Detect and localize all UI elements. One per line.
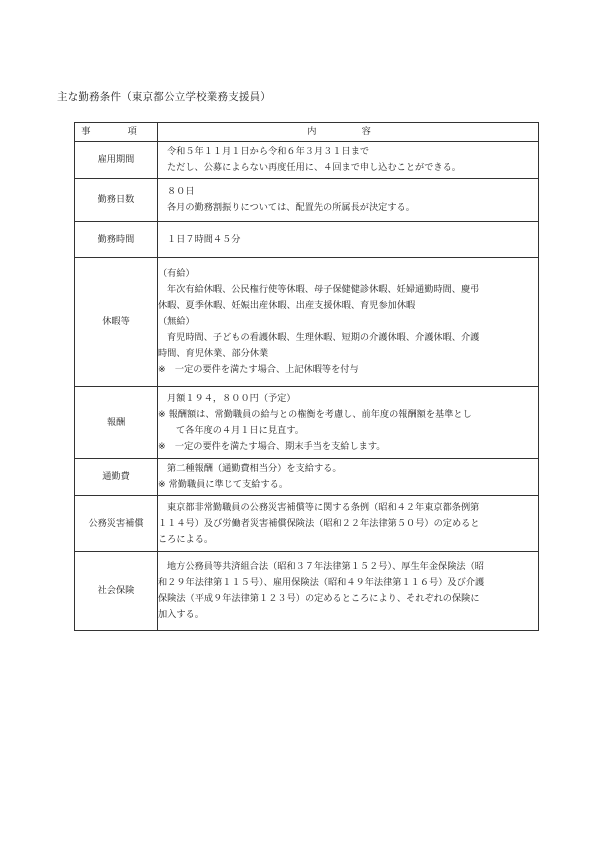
content-line: ※ 常勤職員に準じて支給する。 — [158, 477, 538, 493]
content-line: 月額１９４，８００円（予定） — [158, 391, 538, 407]
row-label: 公務災害補償 — [75, 496, 158, 552]
row-label: 社会保険 — [75, 552, 158, 631]
row-label: 報酬 — [75, 387, 158, 459]
content-line: ※ 一定の要件を満たす場合、期末手当を支給します。 — [158, 439, 538, 455]
table-row-accident-compensation: 公務災害補償 東京都非常勤職員の公務災害補償等に関する条例（昭和４２年東京都条例… — [75, 496, 539, 552]
table-row-employment-period: 雇用期間 令和５年１１月１日から令和６年３月３１日まで ただし、公募によらない再… — [75, 142, 539, 179]
table-row-leave: 休暇等 （有給） 年次有給休暇、公民権行使等休暇、母子保健健診休暇、妊婦通勤時間… — [75, 258, 539, 387]
row-content: 第二種報酬（通勤費相当分）を支給する。 ※ 常勤職員に準じて支給する。 — [158, 459, 539, 496]
row-content: 月額１９４，８００円（予定） ※ 報酬額は、常勤職員の給与との権衡を考慮し、前年… — [158, 387, 539, 459]
content-line: 令和５年１１月１日から令和６年３月３１日まで — [158, 144, 538, 160]
row-content: 東京都非常勤職員の公務災害補償等に関する条例（昭和４２年東京都条例第 １１４号）… — [158, 496, 539, 552]
header-content: 内 容 — [158, 123, 539, 142]
table-row-working-hours: 勤務時間 １日７時間４５分 — [75, 222, 539, 258]
content-line: 加入する。 — [158, 607, 538, 623]
table-header-row: 事 項 内 容 — [75, 123, 539, 142]
table-row-social-insurance: 社会保険 地方公務員等共済組合法（昭和３７年法律第１５２号）、厚生年金保険法（昭… — [75, 552, 539, 631]
content-line: １日７時間４５分 — [158, 232, 538, 248]
row-content: （有給） 年次有給休暇、公民権行使等休暇、母子保健健診休暇、妊婦通勤時間、慶弔 … — [158, 258, 539, 387]
row-label: 勤務時間 — [75, 222, 158, 258]
content-line: ８０日 — [158, 184, 538, 200]
content-line: 和２９年法律第１１５号）、雇用保険法（昭和４９年法律第１１６号）及び介護 — [158, 575, 538, 591]
content-line: 保険法（平成９年法律第１２３号）の定めるところにより、それぞれの保険に — [158, 591, 538, 607]
document-title: 主な勤務条件（東京都公立学校業務支援員） — [57, 89, 271, 104]
content-line: 地方公務員等共済組合法（昭和３７年法律第１５２号）、厚生年金保険法（昭 — [158, 559, 538, 575]
content-line: ※ 一定の要件を満たす場合、上記休暇等を付与 — [158, 362, 538, 378]
content-line: ただし、公募によらない再度任用に、４回まで申し込むことができる。 — [158, 160, 538, 176]
row-content: 地方公務員等共済組合法（昭和３７年法律第１５２号）、厚生年金保険法（昭 和２９年… — [158, 552, 539, 631]
table-row-remuneration: 報酬 月額１９４，８００円（予定） ※ 報酬額は、常勤職員の給与との権衡を考慮し… — [75, 387, 539, 459]
row-label: 休暇等 — [75, 258, 158, 387]
working-conditions-table: 事 項 内 容 雇用期間 令和５年１１月１日から令和６年３月３１日まで ただし、… — [74, 122, 539, 631]
content-line: １１４号）及び労働者災害補償保険法（昭和２２年法律第５０号）の定めると — [158, 516, 538, 532]
content-line: ※ 報酬額は、常勤職員の給与との権衡を考慮し、前年度の報酬額を基準とし — [158, 407, 538, 423]
row-label: 通勤費 — [75, 459, 158, 496]
content-line: 年次有給休暇、公民権行使等休暇、母子保健健診休暇、妊婦通勤時間、慶弔 — [158, 282, 538, 298]
content-line: ころによる。 — [158, 532, 538, 548]
table-row-commuting: 通勤費 第二種報酬（通勤費相当分）を支給する。 ※ 常勤職員に準じて支給する。 — [75, 459, 539, 496]
content-line: 第二種報酬（通勤費相当分）を支給する。 — [158, 461, 538, 477]
content-line: て各年度の４月１日に見直す。 — [158, 423, 538, 439]
header-item: 事 項 — [75, 123, 158, 142]
row-label: 勤務日数 — [75, 179, 158, 222]
row-content: ８０日 各月の勤務割振りについては、配置先の所属長が決定する。 — [158, 179, 539, 222]
content-line: 休暇、夏季休暇、妊娠出産休暇、出産支援休暇、育児参加休暇 — [158, 298, 538, 314]
content-line: 東京都非常勤職員の公務災害補償等に関する条例（昭和４２年東京都条例第 — [158, 500, 538, 516]
row-content: １日７時間４５分 — [158, 222, 539, 258]
content-line: 各月の勤務割振りについては、配置先の所属長が決定する。 — [158, 200, 538, 216]
content-line: 時間、育児休業、部分休業 — [158, 346, 538, 362]
row-content: 令和５年１１月１日から令和６年３月３１日まで ただし、公募によらない再度任用に、… — [158, 142, 539, 179]
table-row-working-days: 勤務日数 ８０日 各月の勤務割振りについては、配置先の所属長が決定する。 — [75, 179, 539, 222]
content-line: （無給） — [158, 314, 538, 330]
content-line: 育児時間、子どもの看護休暇、生理休暇、短期の介護休暇、介護休暇、介護 — [158, 330, 538, 346]
content-line: （有給） — [158, 266, 538, 282]
row-label: 雇用期間 — [75, 142, 158, 179]
